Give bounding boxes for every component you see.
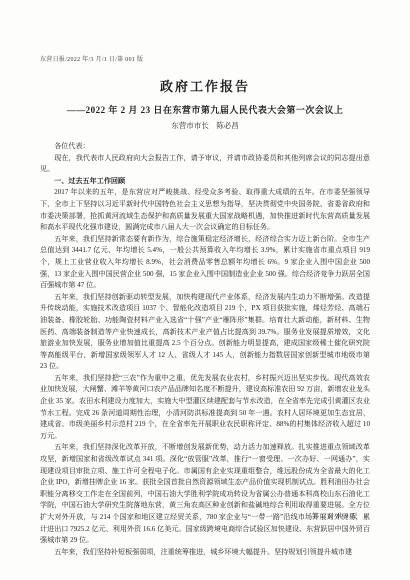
paragraph: 2017 年以来的五年，是东营应对严峻挑战、经受众多考验、取得重大成绩的五年。在…: [40, 187, 370, 233]
salutation: 各位代表：: [40, 141, 370, 153]
edition-line: 东营日报/2022 年/3 月/1 日/第 001 版: [40, 54, 143, 63]
page-title: 政府工作报告: [0, 76, 410, 95]
section-heading: 一、过去五年工作回顾: [40, 176, 370, 188]
byline: 东营市市长 陈必昌: [0, 120, 410, 131]
paragraph: 五年来，我们坚持补短板强弱项，注重统筹推进，城乡环境大幅提升。坚持规划引领提升城…: [40, 547, 370, 559]
paragraph: 五年来，我们坚持深化改革开放，不断增创发展新优势，动力活力加速释放。扎实推进重点…: [40, 442, 370, 546]
paragraph: 五年来，我们坚持新常态要有新作为，综合施策稳定经济增长，经济综合实力迈上新台阶。…: [40, 234, 370, 292]
report-body: 各位代表： 现在，我代表市人民政府向大会报告工作，请予审议，并请市政协委员和其他…: [40, 141, 370, 558]
report-subtitle: ——2022 年 2 月 23 日在东营市第九届人民代表大会第一次会议上: [0, 103, 410, 116]
newspaper-page: 东营日报/2022 年/3 月/1 日/第 001 版 政府工作报告 ——202…: [0, 0, 410, 580]
page-number-footer: 第 1 页 共 9 页: [312, 511, 358, 520]
paragraph: 五年来，我们坚持把“三农”作为重中之重，优先发展农业农村，乡村振兴迈出坚实步伐。…: [40, 373, 370, 443]
paragraph: 五年来，我们坚持创新驱动转型发展，加快构建现代产业体系，经济发展内生动力不断增强…: [40, 292, 370, 373]
paragraph: 现在，我代表市人民政府向大会报告工作，请予审议，并请市政协委员和其他列席会议的同…: [40, 153, 370, 176]
